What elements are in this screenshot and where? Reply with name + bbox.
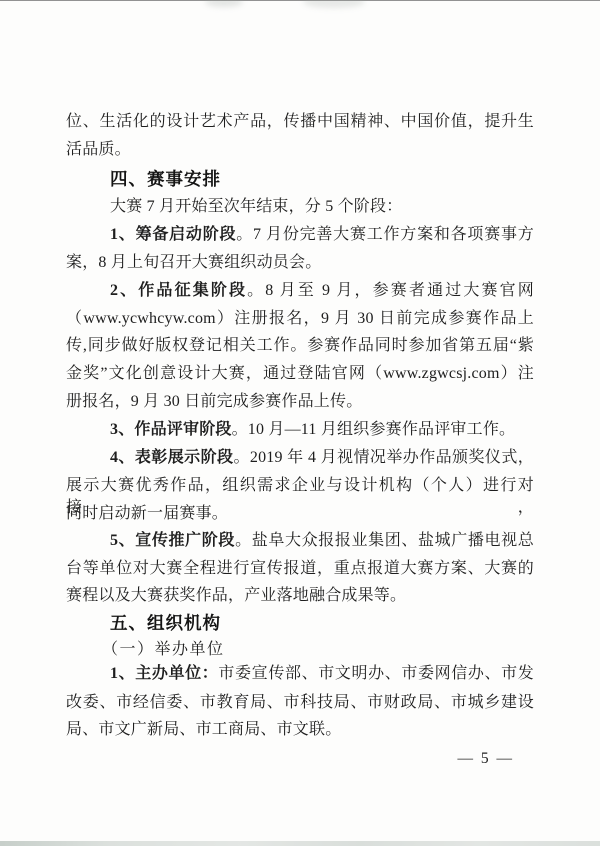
text-line: 活品质。 (66, 139, 534, 161)
text-segment: 传,同步做好版权登记相关工作。参赛作品同时参加省第五届“紫 (66, 337, 534, 354)
text-segment: 局、市文广新局、市工商局、市文联。 (66, 721, 341, 738)
text-segment: 活品质。 (66, 141, 131, 158)
text-segment: 。10 月—11 月组织参赛作品评审工作。 (232, 421, 516, 438)
text-segment-bold: 1、主办单位： (110, 665, 218, 682)
text-segment: 册报名，9 月 30 日前完成参赛作品上传。 (66, 393, 362, 410)
text-segment-bold: 3、作品评审阶段 (110, 421, 232, 438)
text-segment-bold: 五、组织机构 (110, 613, 221, 633)
document-page: 位、生活化的设计艺术产品，传播中国精神、中国价值，提升生 活品质。 四、赛事安排… (0, 0, 600, 846)
text-segment-bold: 4、表彰展示阶段 (110, 449, 233, 466)
text-line: 同时启动新一届赛事。 (66, 503, 534, 525)
text-line: 册报名，9 月 30 日前完成参赛作品上传。 (66, 391, 534, 413)
text-line: 金奖”文化创意设计大赛，通过登陆官网（www.zgwcsj.com）注 (66, 363, 534, 385)
text-segment: 。8 月至 9 月，参赛者通过大赛官网 (247, 282, 534, 299)
text-line: 位、生活化的设计艺术产品，传播中国精神、中国价值，提升生 (66, 111, 534, 133)
text-segment: 位、生活化的设计艺术产品，传播中国精神、中国价值，提升生 (66, 113, 534, 130)
text-segment: 台等单位对大赛全程进行宣传报道，重点报道大赛方案、大赛的 (66, 560, 534, 577)
text-segment: 。7 月份完善大赛工作方案和各项赛事方 (236, 226, 534, 243)
text-segment-bold: 四、赛事安排 (110, 169, 221, 189)
text-line: 2、作品征集阶段。8 月至 9 月，参赛者通过大赛官网 (110, 280, 534, 302)
text-segment: 改委、市经信委、市教育局、市科技局、市财政局、市城乡建设 (66, 694, 534, 711)
text-segment: （一）举办单位 (102, 641, 225, 658)
text-segment-bold: 5、宣传推广阶段 (110, 532, 235, 549)
text-segment: （www.ycwhcyw.com）注册报名，9 月 30 日前完成参赛作品上 (66, 310, 534, 327)
text-line: 3、作品评审阶段。10 月—11 月组织参赛作品评审工作。 (110, 419, 534, 441)
text-line: 传,同步做好版权登记相关工作。参赛作品同时参加省第五届“紫 (66, 335, 534, 357)
text-line: 1、筹备启动阶段。7 月份完善大赛工作方案和各项赛事方 (110, 224, 534, 246)
text-line: 局、市文广新局、市工商局、市文联。 (66, 719, 534, 741)
text-segment: 。盐阜大众报报业集团、盐城广播电视总 (235, 532, 534, 549)
text-segment: 案，8 月上旬召开大赛组织动员会。 (66, 254, 321, 271)
text-segment-bold: 2、作品征集阶段 (110, 282, 247, 299)
text-segment: 赛程以及大赛获奖作品，产业落地融合成果等。 (66, 587, 406, 604)
text-segment: 。2019 年 4 月视情况举办作品颁奖仪式， (233, 449, 534, 466)
text-segment: 同时启动新一届赛事。 (66, 505, 228, 522)
text-line: 1、主办单位：市委宣传部、市文明办、市委网信办、市发 (110, 663, 534, 685)
text-line: 4、表彰展示阶段。2019 年 4 月视情况举办作品颁奖仪式， (110, 447, 534, 469)
text-segment: 大赛 7 月开始至次年结束，分 5 个阶段： (110, 198, 402, 215)
text-segment-bold: 1、筹备启动阶段 (110, 226, 236, 243)
text-line: 案，8 月上旬召开大赛组织动员会。 (66, 252, 534, 274)
text-line: （www.ycwhcyw.com）注册报名，9 月 30 日前完成参赛作品上 (66, 308, 534, 330)
scan-artifact-bottom-band (0, 841, 600, 846)
text-segment: 金奖”文化创意设计大赛，通过登陆官网（www.zgwcsj.com）注 (66, 365, 534, 382)
text-line: 台等单位对大赛全程进行宣传报道，重点报道大赛方案、大赛的 (66, 558, 534, 580)
document-text-block: 位、生活化的设计艺术产品，传播中国精神、中国价值，提升生 活品质。 四、赛事安排… (66, 0, 534, 846)
text-line: 改委、市经信委、市教育局、市科技局、市财政局、市城乡建设 (66, 692, 534, 714)
section-heading: 四、赛事安排 (110, 168, 534, 190)
subsection-heading: （一）举办单位 (102, 639, 534, 661)
section-heading: 五、组织机构 (110, 612, 534, 634)
text-line: 赛程以及大赛获奖作品，产业落地融合成果等。 (66, 585, 534, 607)
text-line: 5、宣传推广阶段。盐阜大众报报业集团、盐城广播电视总 (110, 530, 534, 552)
text-segment: 市委宣传部、市文明办、市委网信办、市发 (218, 665, 534, 682)
text-line: 大赛 7 月开始至次年结束，分 5 个阶段： (110, 196, 534, 218)
page-number: — 5 — (458, 750, 515, 768)
